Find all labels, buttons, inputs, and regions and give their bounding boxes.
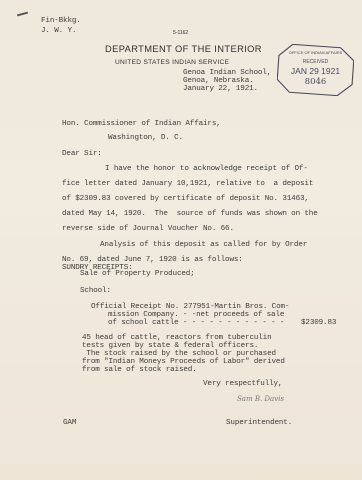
analysis-section: School: (80, 287, 111, 295)
typist-initials: GAM (63, 419, 76, 427)
body-p2-line: Analysis of this deposit as called for b… (100, 241, 307, 249)
signature: Sam B. Davis (237, 395, 284, 403)
letter-page: Fin-Bkkg. J. W. Y. 5-1162 DEPARTMENT OF … (0, 0, 362, 480)
note-line: tests given by state & federal officers. (82, 342, 258, 350)
salutation: Dear Sir: (62, 150, 102, 158)
letter-date: January 22, 1921. (183, 85, 258, 93)
body-p1-line: I have the honor to acknowledge receipt … (105, 165, 308, 173)
department-heading: DEPARTMENT OF THE INTERIOR (105, 44, 262, 54)
signer-title: Superintendent. (226, 419, 292, 427)
addressee-line-1: Hon. Commissioner of Indian Affairs, (62, 120, 221, 128)
analysis-subheading: Sale of Property Produced; (80, 270, 195, 278)
note-line: 45 head of cattle, reactors from tubercu… (82, 334, 272, 342)
received-stamp: OFFICE OF INDIAN AFFAIRS RECEIVED JAN 29… (277, 44, 354, 96)
sender-school: Genoa Indian School, (183, 69, 271, 77)
sender-location: Genoa, Nebraska. (183, 77, 254, 85)
stamp-office: OFFICE OF INDIAN AFFAIRS (277, 50, 354, 55)
body-p1-line: reverse side of Journal Voucher No. 66. (62, 225, 234, 233)
body-p2-line: No. 69, dated June 7, 1920 is as follows… (62, 256, 243, 264)
note-line: from sale of stock raised. (82, 366, 197, 374)
stamp-number: 8046 (277, 77, 354, 87)
entry-line: Official Receipt No. 277951-Martin Bros.… (91, 303, 289, 311)
entry-amount: $2309.83 (301, 319, 336, 327)
addressee-line-2: Washington, D. C. (108, 134, 183, 142)
stamp-status: RECEIVED (277, 59, 354, 65)
stamp-date: JAN 29 1921 (277, 66, 354, 76)
body-p1-line: fice letter dated January 10,1921, relat… (62, 180, 313, 188)
note-line: from "Indian Moneys Proceeds of Labor" d… (82, 358, 285, 366)
routing-note-1: Fin-Bkkg. (41, 17, 81, 25)
form-number: 5-1162 (173, 30, 188, 36)
routing-note-2: J. W. Y. (41, 27, 76, 35)
closing: Very respectfully, (203, 380, 282, 388)
entry-line: of school cattle - - - - - - - - - - - - (108, 319, 284, 327)
body-p1-line: dated May 14, 1920. The source of funds … (62, 210, 318, 218)
entry-line: mission Company. - -net proceeds of sale (108, 311, 284, 319)
note-line: The stock raised by the school or purcha… (82, 350, 276, 358)
body-p1-line: of $2309.83 covered by certificate of de… (62, 195, 309, 203)
service-heading: UNITED STATES INDIAN SERVICE (115, 59, 229, 66)
pencil-mark (17, 12, 28, 17)
